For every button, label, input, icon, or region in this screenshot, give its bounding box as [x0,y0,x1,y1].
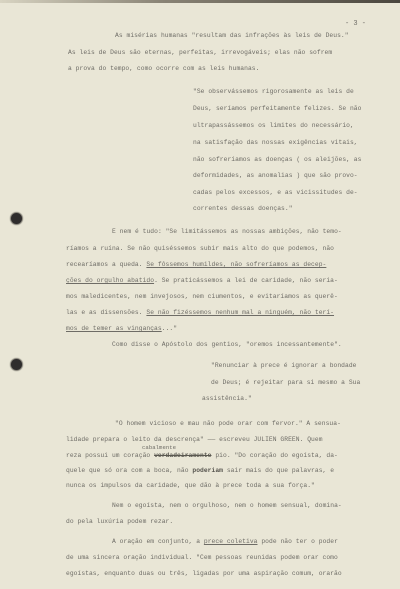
text-span: quele que só ora com a boca, não [66,467,192,474]
text-span: ..." [162,325,177,332]
text-line: E nem é tudo: "Se limitássemos as nossas… [112,228,342,236]
bold-text: poderiam [192,467,223,474]
punch-hole-bottom [11,359,22,370]
text-line: assistência." [202,395,252,403]
page-top-edge [0,0,400,3]
text-span: pio. "Do coração do egoísta, da- [212,452,338,459]
text-line: de Deus; é rejeitar para si mesmo a Sua [211,379,360,387]
text-span: pode não ter o poder [258,538,338,545]
text-line: mos maledicentes, nem invejosos, nem ciu… [66,293,338,301]
text-line: A oração em conjunto, a prece coletiva p… [112,538,338,546]
text-line: las e as dissensões. Se não fizéssemos n… [66,309,334,317]
text-line: a prova do tempo, como ocorre com as lei… [68,65,259,73]
text-line: nunca os impulsos da caridade, que dão à… [66,482,315,490]
text-line: correntes dessas doenças." [193,205,293,213]
text-line: Nem o egoísta, nem o orgulhoso, nem o ho… [112,502,342,510]
text-line: deformidades, as anomalias ) que são pro… [193,172,358,180]
underlined-text: Se não fizéssemos nenhum mal a ninguém, … [146,309,334,316]
text-line: Deus, seríamos perfeitamente felizes. Se… [193,105,361,113]
underlined-text: ções do orgulho abatido [66,277,154,284]
text-span: recearíamos a queda. [66,261,146,268]
underlined-text: Se fôssemos humildes, não sofreríamos as… [146,261,326,268]
text-line: "O homem vicioso e mau não pode orar com… [115,420,341,428]
handwritten-insertion: cabalmente [142,444,176,452]
text-line: lidade prepara o leito da descrença" —— … [66,436,323,444]
text-line: do pela luxúria podem rezar. [66,518,173,526]
text-line: egoístas, enquanto duas ou três, ligadas… [66,570,342,578]
text-line: na satisfação das nossas exigências vita… [193,139,358,147]
text-line: "Renunciar à prece é ignorar a bondade [211,362,357,370]
text-span: sair mais do que palavras, e [223,467,334,474]
text-line: As leis de Deus são eternas, perfeitas, … [68,49,332,57]
text-line: reza possui um coração verdadeiramente p… [66,452,338,460]
text-line: recearíamos a queda. Se fôssemos humilde… [66,261,326,269]
text-line: mos de temer as vinganças..." [66,325,177,333]
text-span: . Se praticássemos a lei de caridade, nã… [154,277,338,284]
text-line: de uma sincera oração individual. "Cem p… [66,554,338,562]
underlined-text: mos de temer as vinganças [66,325,162,332]
struck-out-text: verdadeiramente [154,452,211,459]
text-line: cadas pelos excessos, e as vicissitudes … [193,189,358,197]
text-span: A oração em conjunto, a [112,538,204,545]
text-line: ções do orgulho abatido. Se praticássemo… [66,277,338,285]
page-number: - 3 - [345,20,366,28]
text-line: ultrapassássemos os limites do necessári… [193,122,354,130]
text-line: "Se observássemos rigorosamente as leis … [193,88,354,96]
paragraph-3: Como disse o Apóstolo dos gentios, "orem… [112,341,342,349]
text-line: ríamos a ruína. Se não quiséssemos subir… [66,245,334,253]
underlined-text: prece coletiva [204,538,258,545]
text-line: quele que só ora com a boca, não poderia… [66,467,334,475]
text-span: reza possui um coração [66,452,154,459]
text-span: las e as dissensões. [66,309,146,316]
punch-hole-top [11,213,22,224]
text-line: As misérias humanas "resultam das infraç… [115,32,349,40]
text-line: não sofreríamos as doenças ( os aleijões… [193,156,361,164]
